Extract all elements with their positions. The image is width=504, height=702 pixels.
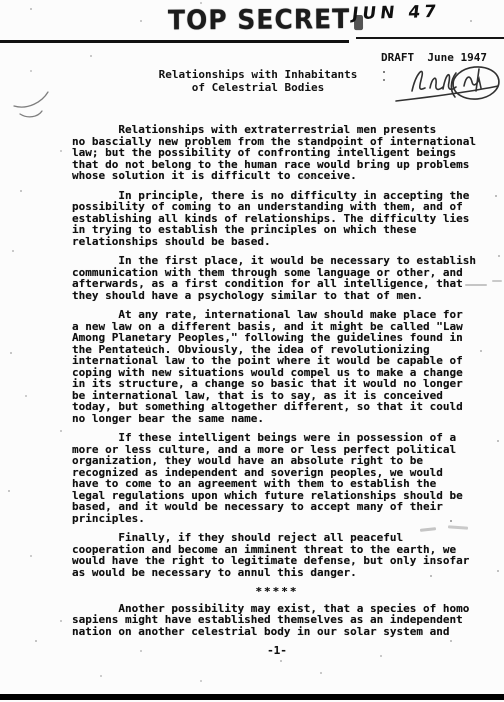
paragraph: If these intelligent beings were in poss… [72,432,482,524]
paragraph: In the first place, it would be necessar… [72,255,482,301]
stray-pen-mark-icon [8,90,56,122]
paragraph: In principle, there is no difficulty in … [72,190,482,248]
scan-bottom-edge [0,694,504,700]
asterisk-separator: ***** [72,586,482,598]
handwritten-date: JUN 47 [351,2,441,24]
page-number: -1- [72,645,482,657]
header-rule-left-segment [0,40,349,43]
ink-smudge [465,284,487,286]
document-page: TOP SECRET JUN 47 DRAFT June 1947 Relati… [0,0,504,702]
classification-stamp: TOP SECRET [168,3,363,36]
classification-stamp-text: TOP SECRET [168,3,350,36]
paragraph: Finally, if they should reject all peace… [72,532,482,578]
ink-smudge [492,280,502,282]
header-rule-right-segment [356,37,504,39]
scan-noise-specks [0,0,2,2]
paragraph: Another possibility may exist, that a sp… [72,603,482,638]
paragraph: At any rate, international law should ma… [72,309,482,424]
document-body: Relationships with extraterrestrial men … [72,124,482,657]
paragraph: Relationships with extraterrestrial men … [72,124,482,182]
handwritten-scribble-icon [390,55,504,105]
